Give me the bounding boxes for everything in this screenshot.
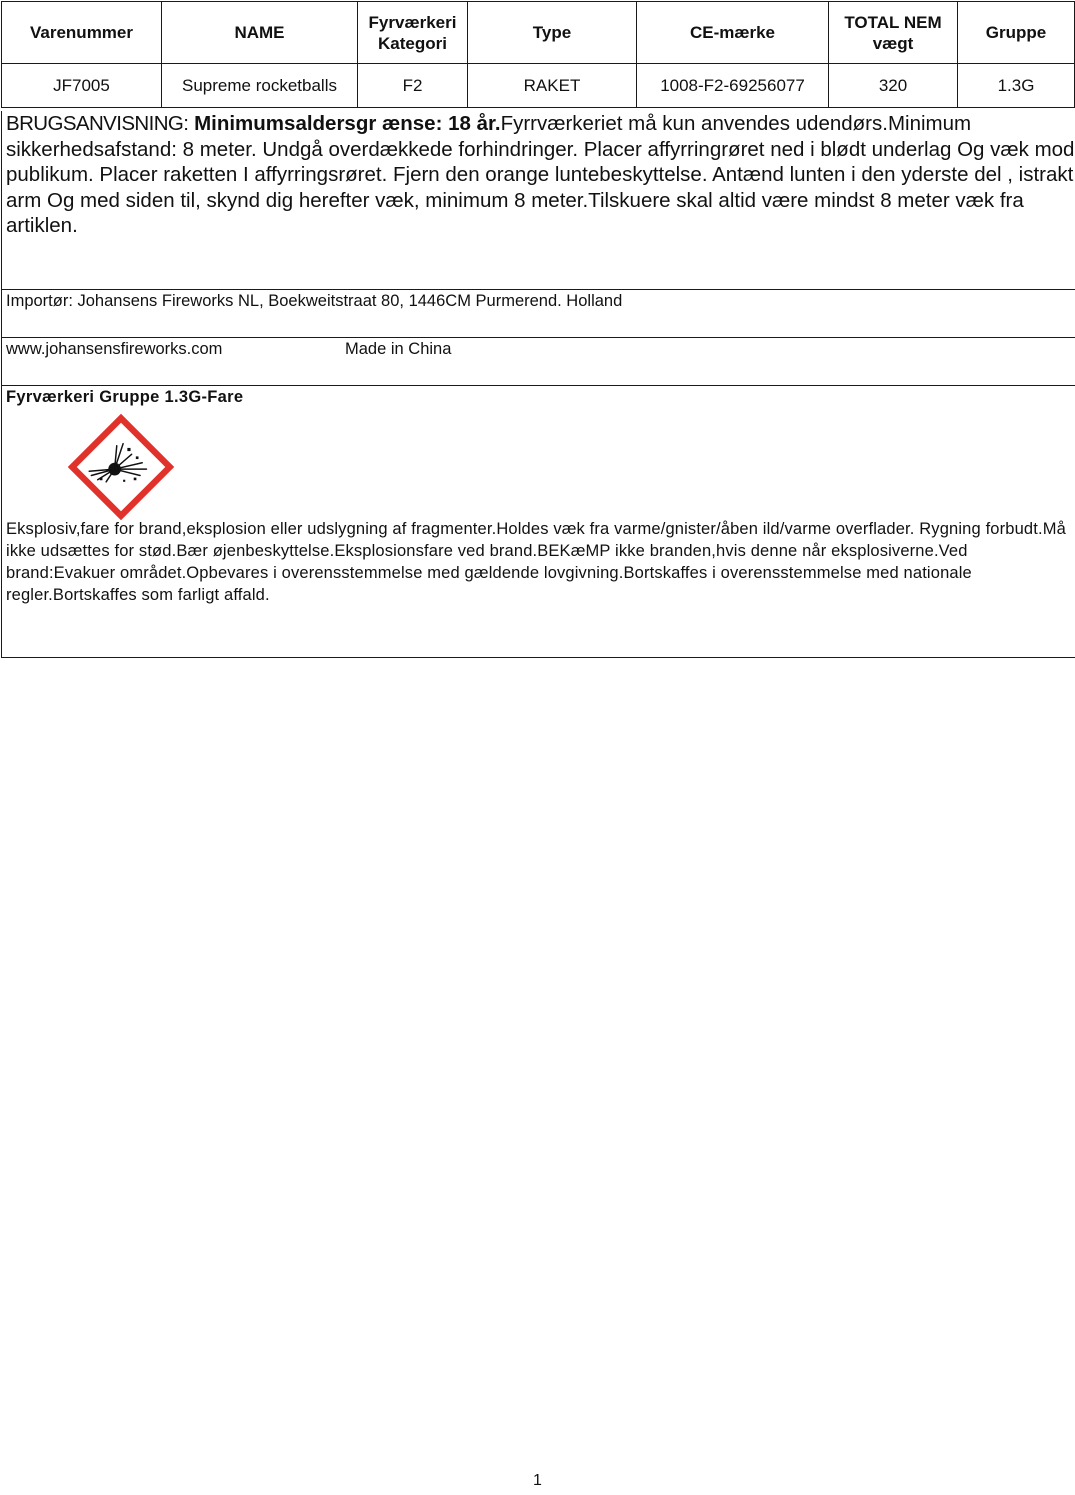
header-ce-maerke: CE-mærke [637,2,829,64]
hazard-title: Fyrværkeri Gruppe 1.3G-Fare [6,386,1075,408]
header-kategori: FyrværkeriKategori [358,2,468,64]
importer-info: Importør: Johansens Fireworks NL, Boekwe… [1,290,1075,338]
header-name: NAME [162,2,358,64]
ghs-exploding-bomb-icon [68,414,174,520]
hazard-statements: Eksplosiv,fare for brand,eksplosion elle… [6,518,1068,606]
cell-type: RAKET [468,64,637,108]
hazard-section: Fyrværkeri Gruppe 1.3G-Fare [1,386,1075,658]
header-total-nem: TOTAL NEMvægt [829,2,958,64]
origin-text: Made in China [345,338,451,360]
cell-total-nem: 320 [829,64,958,108]
header-nem-line2: vægt [873,34,914,53]
cell-kategori: F2 [358,64,468,108]
website-origin-row: www.johansensfireworks.com Made in China [1,338,1075,386]
cell-ce-maerke: 1008-F2-69256077 [637,64,829,108]
product-spec-table: Varenummer NAME FyrværkeriKategori Type … [1,1,1075,108]
website-link[interactable]: www.johansensfireworks.com [6,340,222,358]
cell-name: Supreme rocketballs [162,64,358,108]
cell-varenummer: JF7005 [2,64,162,108]
header-type: Type [468,2,637,64]
header-gruppe: Gruppe [958,2,1075,64]
usage-instructions: BRUGSANVISNING: Minimumsaldersgr ænse: 1… [1,111,1075,290]
table-header-row: Varenummer NAME FyrværkeriKategori Type … [2,2,1075,64]
header-kategori-line1: Fyrværkeri [369,13,457,32]
age-limit: Minimumsaldersgr ænse: 18 år. [188,112,500,135]
page-number: 1 [0,1472,1075,1490]
instructions-label: BRUGSANVISNING: [6,112,188,135]
cell-gruppe: 1.3G [958,64,1075,108]
header-varenummer: Varenummer [2,2,162,64]
header-kategori-line2: Kategori [378,34,447,53]
header-nem-line1: TOTAL NEM [844,13,941,32]
table-row: JF7005 Supreme rocketballs F2 RAKET 1008… [2,64,1075,108]
